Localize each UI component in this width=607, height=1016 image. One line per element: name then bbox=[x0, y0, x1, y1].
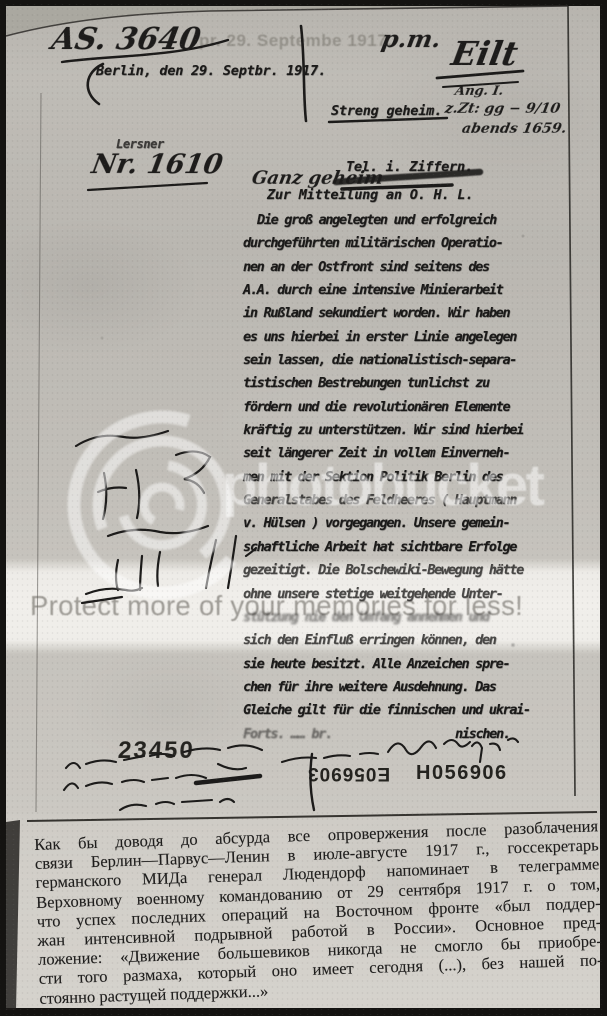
film-number-stamp: H056906 bbox=[416, 762, 508, 785]
body-line: fördern und die revolutionären Elemente bbox=[243, 396, 573, 419]
page-number-stamp: 23450 bbox=[117, 737, 196, 765]
routing-line: Zur Mitteilung an O. H. L. bbox=[267, 187, 473, 203]
scanned-document-page: Protect more of your memories for less! … bbox=[0, 0, 607, 1016]
body-line: durchgeführten militärischen Operatio- bbox=[243, 232, 573, 255]
handwritten-classification: Ganz geheim bbox=[250, 168, 385, 189]
body-line: A.A. durch eine intensive Minierarbeit bbox=[243, 279, 573, 302]
body-last-line: Forts. …… br. nischen. bbox=[243, 723, 573, 746]
registry-number: AS. 3640 bbox=[49, 22, 203, 57]
urgency-subnote-3: abends 1659. bbox=[461, 121, 568, 137]
body-line: chen für ihre weitere Ausdehnung. Das bbox=[243, 676, 573, 699]
receipt-stamp: pr. 29. Septembe 1917. bbox=[199, 31, 392, 51]
body-line: es uns hierbei in erster Linie angelegen bbox=[243, 326, 573, 349]
dateline: Berlin, den 29. Septbr. 1917. bbox=[96, 63, 326, 79]
body-line: sie heute besitzt. Alle Anzeichen spre- bbox=[243, 653, 573, 676]
body-last-left: Forts. …… br. bbox=[243, 726, 332, 742]
caption-block: Как бы доводя до абсурда все опровержени… bbox=[34, 816, 603, 1007]
body-line: kräftig zu unterstützen. Wir sind hierbe… bbox=[243, 419, 573, 442]
watermark-brand: photobucket bbox=[222, 452, 542, 519]
body-line: sein lassen, die nationalistisch-separa- bbox=[243, 349, 573, 372]
body-line: gezeitigt. Die Bolschewiki-Bewegung hätt… bbox=[243, 559, 573, 582]
body-line: Gleiche gilt für die finnischen und ukra… bbox=[243, 699, 573, 722]
urgency-note: Eilt bbox=[449, 34, 521, 73]
urgency-subnote-2: z.Zt: gg − 9/10 bbox=[444, 101, 562, 117]
body-line: stützung nie den Umfang annehmen und bbox=[243, 606, 573, 629]
body-line: ohne unsere stetige weitgehende Unter- bbox=[243, 583, 573, 606]
film-number-stamp-inverted: E056903 bbox=[307, 762, 390, 784]
urgency-subnote-1: Ang. I. bbox=[454, 84, 505, 99]
body-line: tistischen Bestrebungen tunlichst zu bbox=[243, 372, 573, 395]
body-line: Die groß angelegten und erfolgreich bbox=[243, 209, 573, 232]
body-line: sich den Einfluß erringen können, den bbox=[243, 629, 573, 652]
serial-number: Nr. 1610 bbox=[89, 149, 225, 180]
receipt-note-handwritten: p.m. bbox=[379, 24, 443, 53]
body-last-right: nischen. bbox=[455, 723, 510, 746]
body-line: in Rußland sekundiert worden. Wir haben bbox=[243, 302, 573, 325]
body-line: schaftliche Arbeit hat sichtbare Erfolge bbox=[243, 536, 573, 559]
body-line: nen an der Ostfront sind seitens des bbox=[243, 256, 573, 279]
classification: Streng geheim. bbox=[331, 103, 442, 119]
